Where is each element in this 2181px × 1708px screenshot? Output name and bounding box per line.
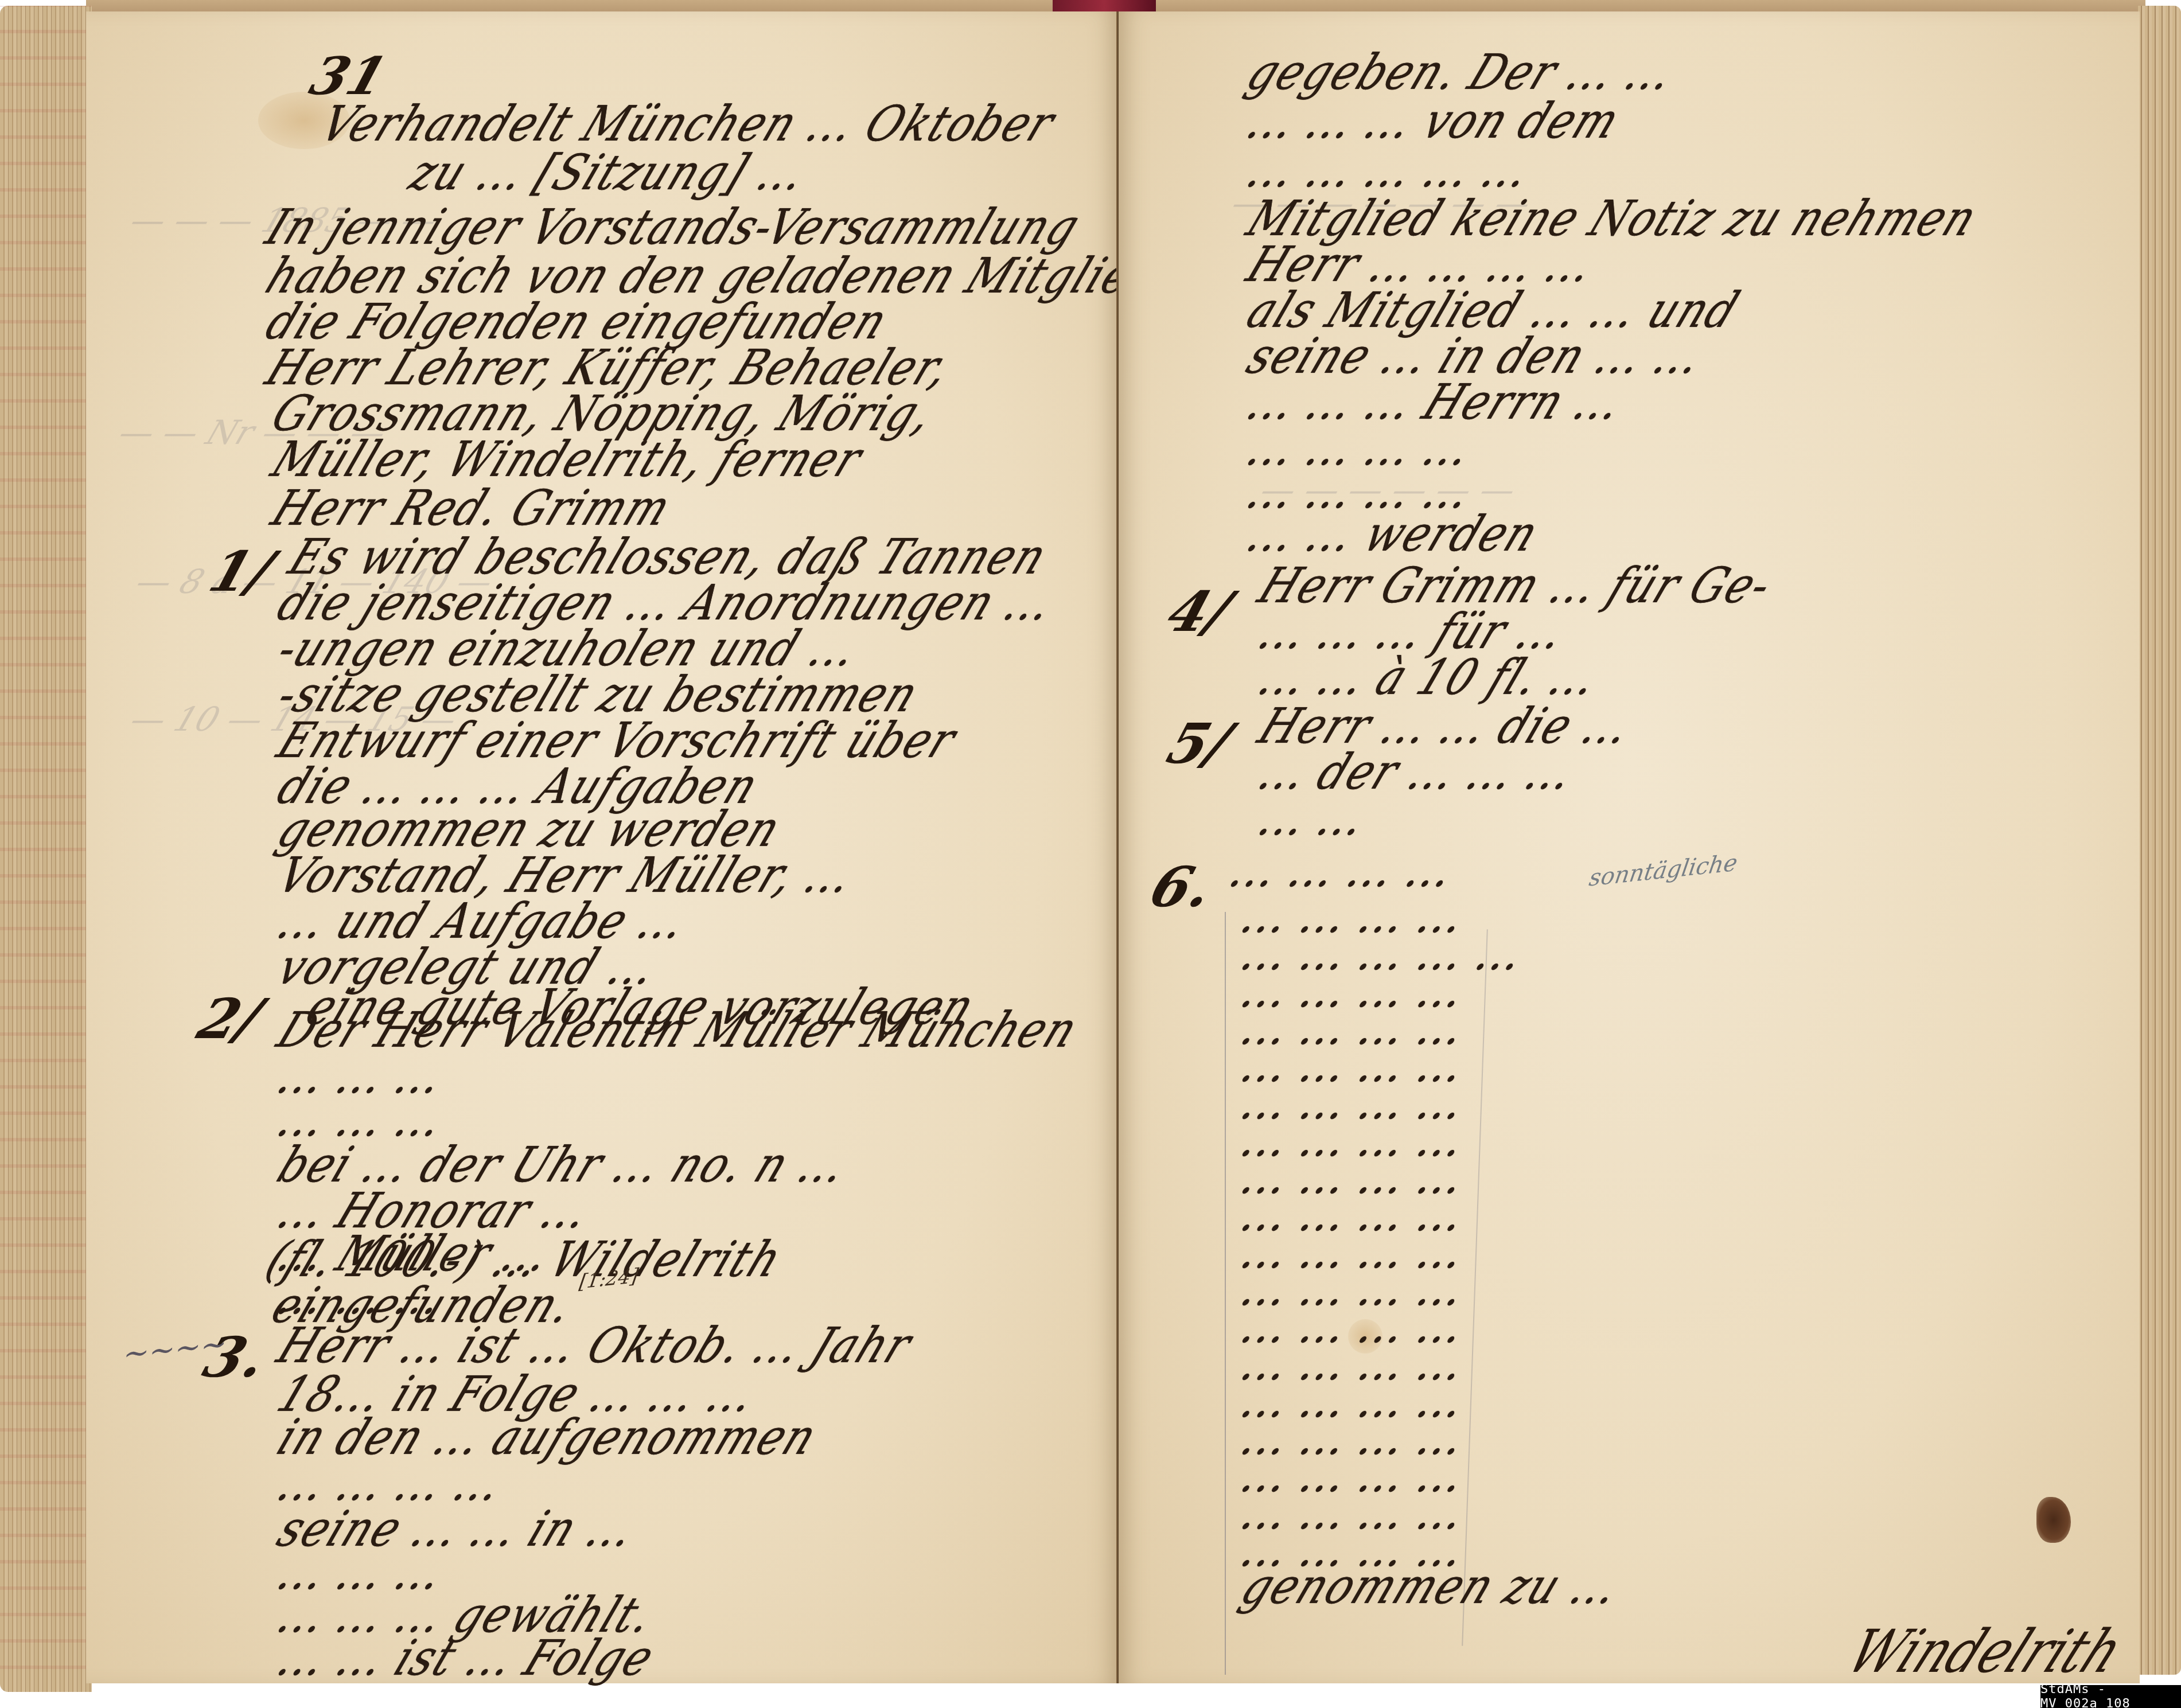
archive-label: StdAMs - MV_002a_108 <box>2040 1685 2181 1708</box>
headband <box>1053 0 1156 13</box>
item6-line: genommen zu ... <box>1233 1558 1629 1615</box>
signature: Windelrith <box>1837 1617 2134 1686</box>
open-book-spread: — — — 1885 — — — — Nr — — — — 8 a — 11 —… <box>0 0 2181 1708</box>
right-page-stack-edge <box>2138 6 2181 1675</box>
left-page-stack-edge <box>0 6 92 1692</box>
pencil-margin-rule <box>1225 912 1226 1675</box>
item3-line: ... ... ist ... Folge <box>270 1630 663 1687</box>
left-line: zu ... [Sitzung] ... <box>402 145 816 201</box>
right-line: ... ... werden <box>1239 506 1547 563</box>
